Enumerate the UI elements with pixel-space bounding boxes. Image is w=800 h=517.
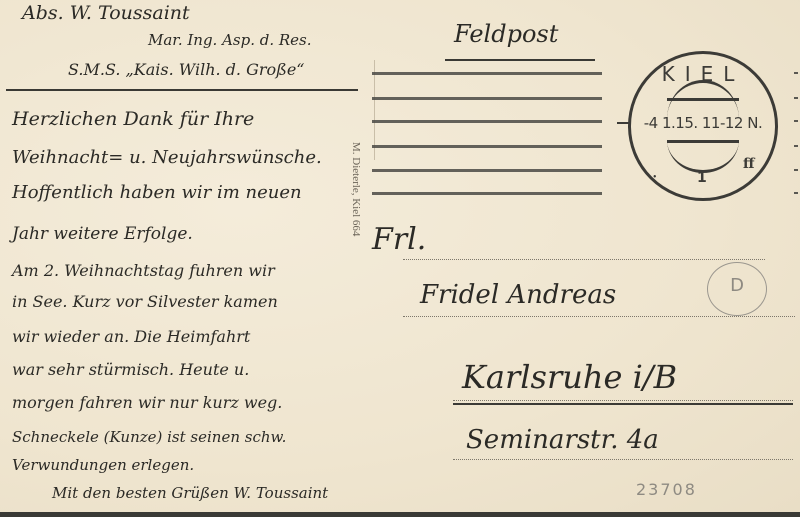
edge-mark: [794, 120, 798, 122]
recipient-street: Seminarstr. 4a: [466, 425, 659, 455]
message-signoff: Mit den besten Grüßen W. Toussaint: [52, 484, 328, 502]
postmark-dot: •: [653, 172, 657, 183]
message-line: Am 2. Weihnachtstag fuhren wir: [12, 261, 275, 280]
message-line: Hoffentlich haben wir im neuen: [12, 182, 302, 203]
postmark: KIEL -4 1.15. 11-12 N. • 1 ff: [628, 51, 778, 201]
edge-mark: [794, 97, 798, 99]
cancellation-line: [372, 120, 602, 123]
postcard: Abs. W. Toussaint Mar. Ing. Asp. d. Res.…: [0, 0, 800, 512]
sender-line-1: Abs. W. Toussaint: [22, 2, 190, 24]
address-line-2: [403, 316, 795, 317]
recipient-salutation: Frl.: [372, 222, 426, 257]
postmark-dash: [617, 122, 631, 124]
message-line: wir wieder an. Die Heimfahrt: [12, 327, 250, 346]
message-line: Verwundungen erlegen.: [12, 456, 194, 474]
address-line-1: [403, 259, 765, 260]
postmark-top-bar: [667, 98, 739, 101]
postmark-office-number: 1: [697, 170, 707, 186]
message-line: Weihnacht= u. Neujahrswünsche.: [12, 147, 322, 168]
postmark-date: -4 1.15. 11-12 N.: [631, 114, 775, 132]
postmark-suffix: ff: [743, 156, 755, 172]
city-underline: [453, 403, 793, 405]
cancellation-line: [372, 192, 602, 195]
sender-underline: [6, 89, 358, 91]
message-line: morgen fahren wir nur kurz weg.: [12, 393, 282, 412]
feldpost-label: Feldpost: [454, 20, 558, 48]
cancellation-line: [372, 145, 602, 148]
cancellation-line: [372, 97, 602, 100]
address-line-4: [453, 459, 793, 460]
message-line: Schneckele (Kunze) ist seinen schw.: [12, 428, 286, 446]
sender-line-2: Mar. Ing. Asp. d. Res.: [148, 31, 312, 49]
pencil-number-annotation: 23708: [636, 480, 697, 499]
recipient-name: Fridel Andreas: [420, 280, 616, 310]
address-line-3: [453, 400, 793, 401]
edge-mark: [794, 169, 798, 171]
message-line: in See. Kurz vor Silvester kamen: [12, 292, 278, 311]
scan-edge: [0, 512, 800, 517]
pencil-circle-annotation: D: [707, 262, 767, 316]
cancellation-line: [372, 169, 602, 172]
message-line: war sehr stürmisch. Heute u.: [12, 360, 249, 379]
message-line: Jahr weitere Erfolge.: [12, 224, 193, 244]
message-line: Herzlichen Dank für Ihre: [12, 108, 254, 130]
feldpost-underline: [445, 59, 595, 61]
postmark-bottom-bar: [667, 140, 739, 143]
edge-mark: [794, 72, 798, 74]
circled-letter: D: [708, 275, 766, 296]
cancellation-line: [372, 72, 602, 75]
printer-credit: M. Dieterle, Kiel 664: [350, 142, 362, 236]
edge-mark: [794, 192, 798, 194]
recipient-city: Karlsruhe i/B: [462, 358, 677, 396]
sender-line-3: S.M.S. „Kais. Wilh. d. Große“: [68, 60, 304, 79]
postmark-bottom-segment: [667, 140, 739, 173]
edge-mark: [794, 145, 798, 147]
